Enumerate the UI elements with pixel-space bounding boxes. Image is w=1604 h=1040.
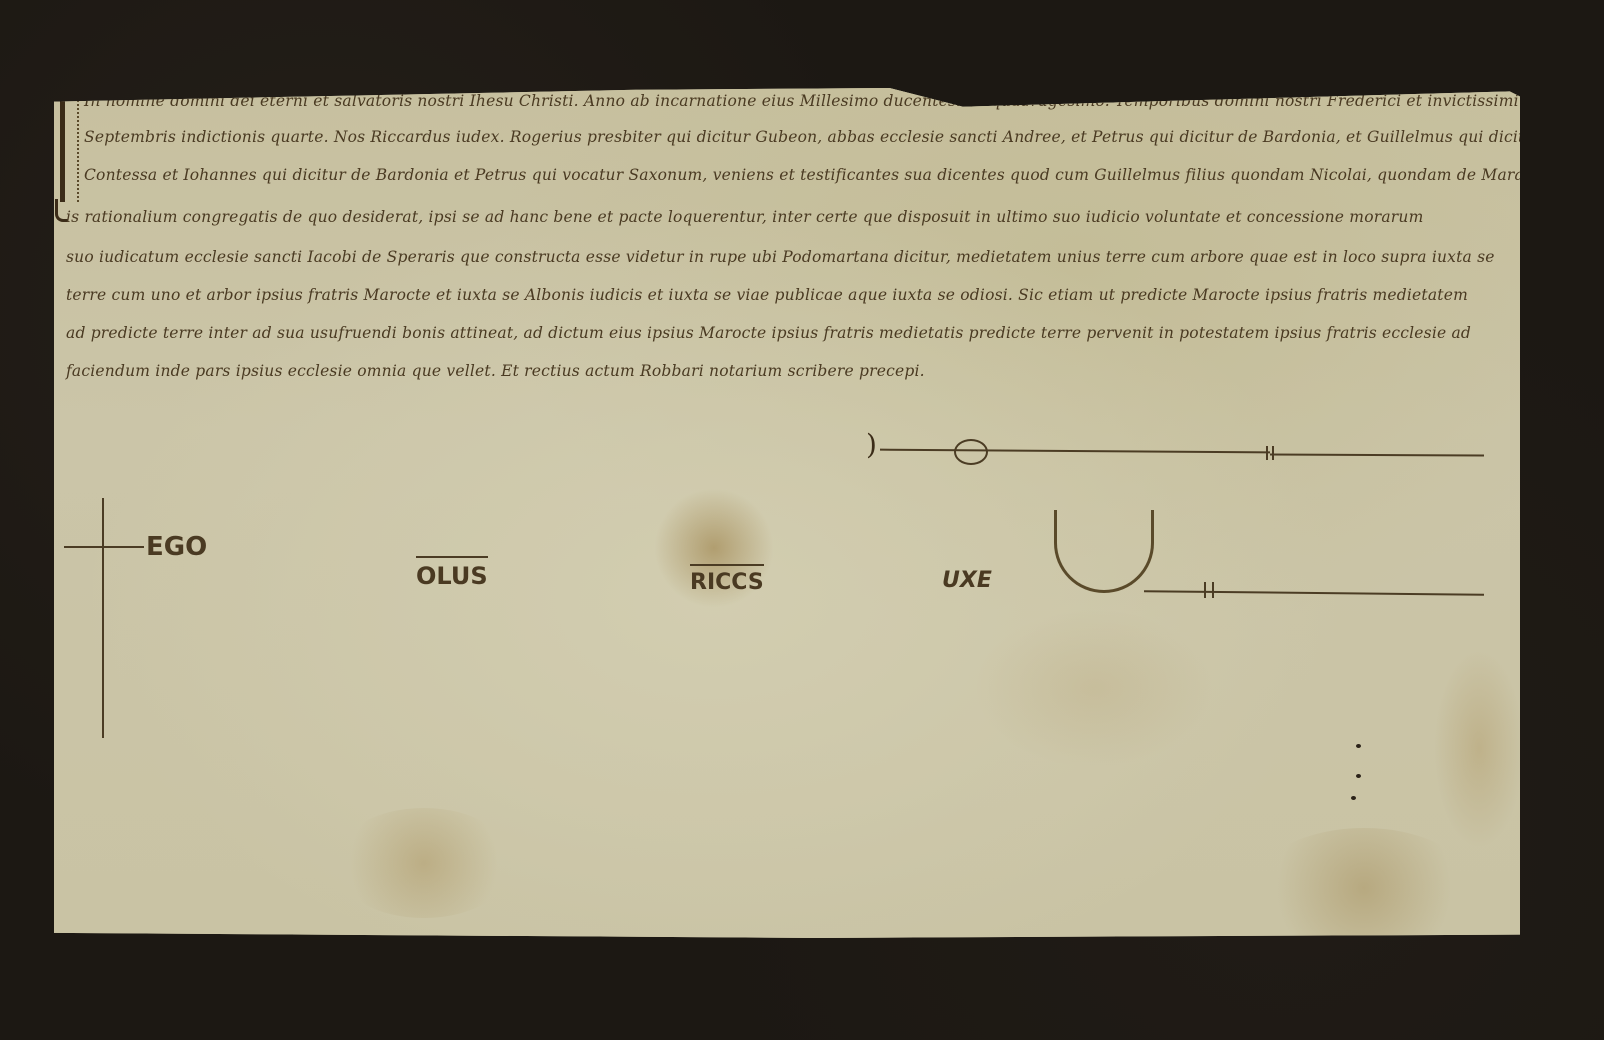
subscription-riccs: RICCS — [690, 564, 764, 595]
text-line-8: faciendum inde pars ipsius ecclesie omni… — [66, 362, 925, 380]
decorated-initial-I — [60, 92, 79, 202]
text-line-2: Septembris indictionis quarte. Nos Ricca… — [84, 128, 1604, 146]
text-line-1: In nomine domini dei eterni et salvatori… — [84, 92, 1604, 110]
tick-mark — [1212, 582, 1214, 598]
water-stain — [1254, 828, 1474, 948]
ink-speck — [1356, 744, 1361, 748]
text-line-3: Contessa et Iohannes qui dicitur de Bard… — [84, 166, 1604, 184]
subscription-uxe: UXE — [942, 568, 992, 593]
closing-bracket-flourish: ) — [866, 428, 877, 461]
tick-mark — [1272, 446, 1274, 460]
tick-mark — [1204, 582, 1206, 598]
notarial-rule-end — [1270, 453, 1484, 456]
roundel-mark — [954, 439, 988, 465]
water-stain — [974, 608, 1214, 768]
tick-mark — [1266, 446, 1268, 460]
notarial-rule — [880, 449, 1270, 454]
text-line-5: suo iudicatum ecclesie sancti Iacobi de … — [66, 248, 1495, 266]
text-line-7: ad predicte terre inter ad sua usufruend… — [66, 324, 1471, 342]
parchment-sheet: In nomine domini dei eterni et salvatori… — [54, 88, 1520, 938]
ink-speck — [1351, 796, 1356, 800]
water-stain — [334, 808, 514, 918]
subscription-olus: OLUS — [416, 556, 488, 590]
signum-cross-icon — [102, 498, 104, 738]
monogram-rule — [1144, 590, 1484, 596]
monogram-icon — [1054, 510, 1154, 593]
subscription-ego: EGO — [146, 532, 207, 562]
text-line-6: terre cum uno et arbor ipsius fratris Ma… — [66, 286, 1468, 304]
text-line-4: is rationalium congregatis de quo deside… — [66, 208, 1423, 226]
water-stain — [1434, 648, 1524, 848]
ink-speck — [1356, 774, 1361, 778]
signum-cross-bar — [64, 546, 144, 548]
